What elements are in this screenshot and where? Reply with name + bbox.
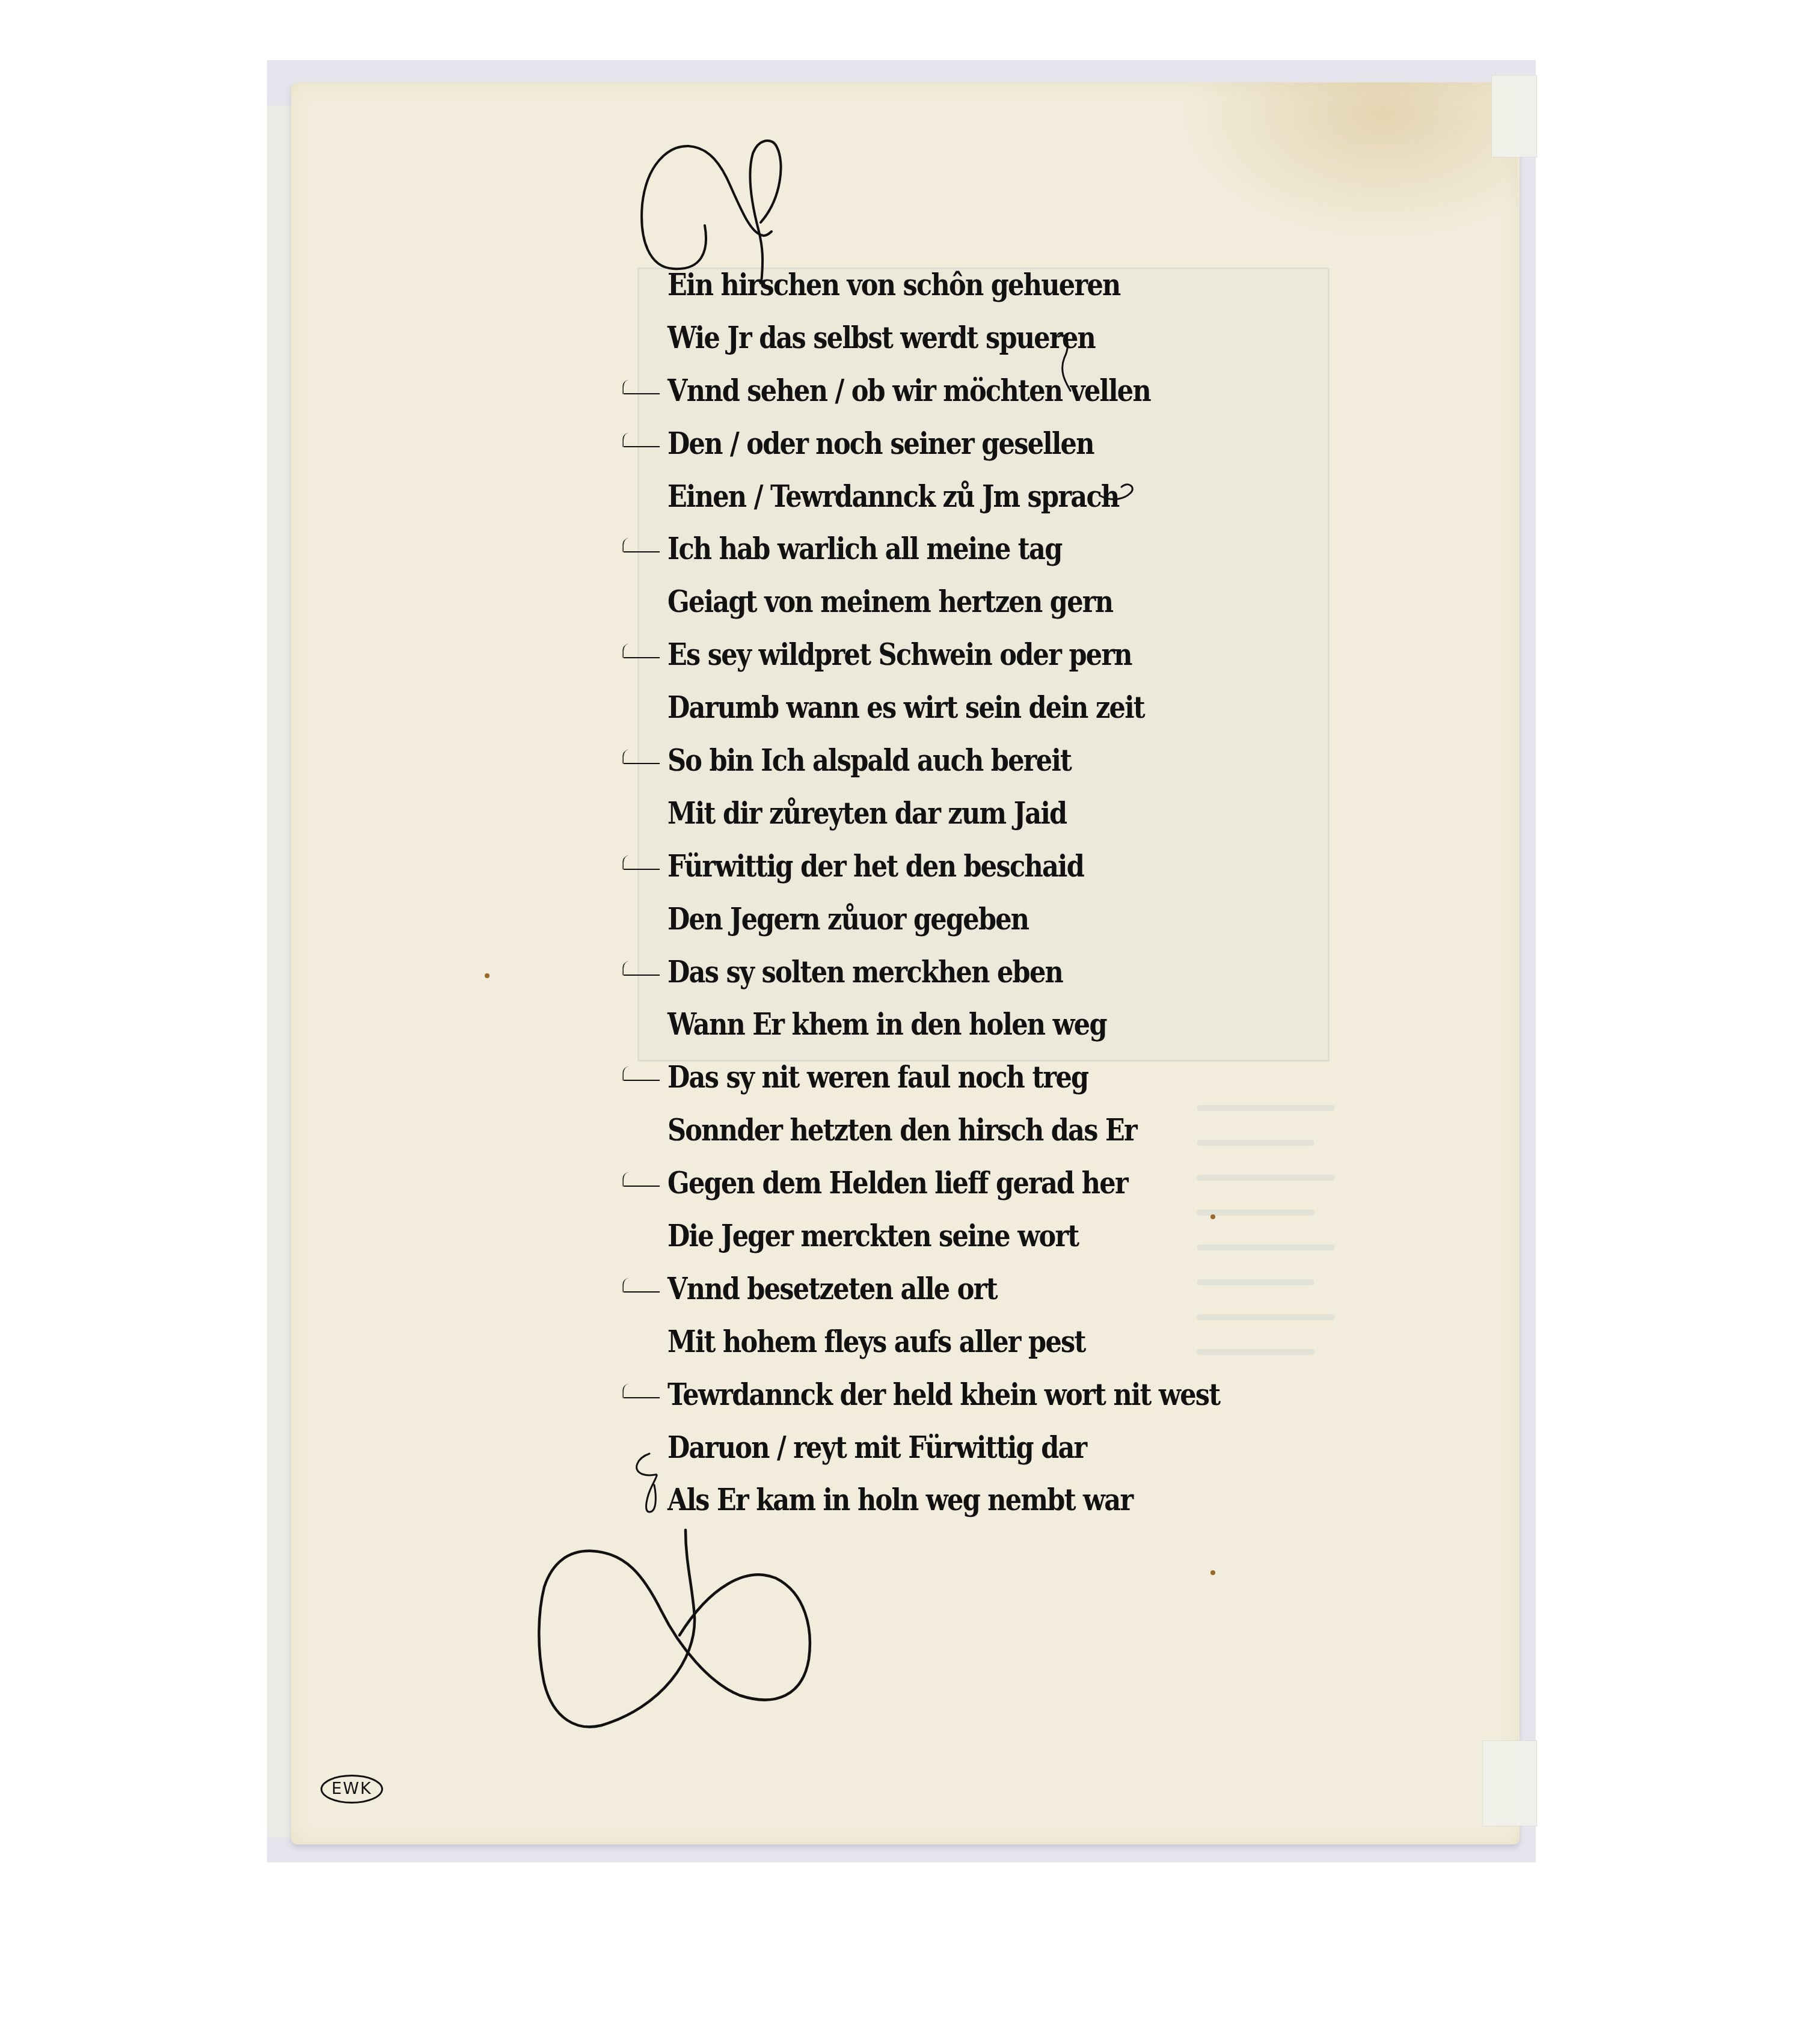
paper-speck [1210,1214,1215,1219]
hinge-tape-top [1491,75,1537,158]
verse-line: Fürwittig der het den beschaid [667,840,1133,893]
show-through-line [1197,1349,1315,1355]
verse-block: Ein hirschen von schôn gehueren Wie Jr d… [667,259,1209,1526]
line-guide-mark [624,975,660,976]
line-guide-mark [624,1291,660,1293]
show-through-text [1197,1076,1335,1533]
verse-line: Das sy solten merckhen eben [667,946,1133,999]
line-guide-mark [624,393,660,394]
verse-line: Vnnd besetzeten alle ort [667,1262,1133,1315]
verse-line: Als Er kam in holn weg nembt war [667,1473,1133,1526]
verse-line: Es sey wildpret Schwein oder pern [667,628,1133,681]
show-through-line [1197,1314,1335,1320]
verse-line: Wie Jr das selbst werdt spueren [667,311,1133,364]
paper-speck [1210,1570,1215,1575]
foxing-stain [1181,82,1518,239]
line-guide-mark [624,1397,660,1398]
verse-line: Das sy nit weren faul noch treg [667,1051,1133,1104]
verse-line: Mit dir zůreyten dar zum Jaid [667,787,1133,840]
verse-line: So bin Ich alspald auch bereit [667,734,1133,787]
line-guide-mark [624,763,660,764]
verse-line: Ein hirschen von schôn gehueren [667,259,1133,311]
show-through-line [1197,1244,1335,1250]
show-through-line [1197,1279,1315,1285]
verse-line: Mit hohem fleys aufs aller pest [667,1315,1133,1368]
paper-speck [485,973,489,978]
verse-line: Daruon / reyt mit Fürwittig dar [667,1421,1133,1474]
verse-line: Einen / Tewrdannck zů Jm sprach [667,470,1133,523]
verse-line: Gegen dem Helden lieff gerad her [667,1157,1133,1210]
verse-line: Sonnder hetzten den hirsch das Er [667,1104,1133,1157]
line-guide-mark [624,657,660,658]
show-through-line [1197,1105,1335,1111]
verse-line: Die Jeger merckten seine wort [667,1210,1133,1262]
show-through-line [1197,1140,1315,1146]
line-guide-mark [624,446,660,447]
show-through-line [1197,1175,1335,1181]
line-guide-mark [624,869,660,870]
verse-line: Wann Er khem in den holen weg [667,998,1133,1051]
line-guide-mark [624,1080,660,1081]
line-guide-mark [624,1186,660,1187]
line-guide-mark [624,551,660,552]
verse-line: Den Jegern zůuor gegeben [667,893,1133,946]
verse-line: Darumb wann es wirt sein dein zeit [667,681,1133,734]
verse-line: Ich hab warlich all meine tag [667,522,1133,575]
verse-line: Vnnd sehen / ob wir möchten vellen [667,364,1133,417]
verse-line: Den / oder noch seiner gesellen [667,417,1133,470]
hinge-tape-bottom [1482,1740,1537,1826]
verse-line: Tewrdannck der held khein wort nit west [667,1368,1133,1421]
collector-stamp: EWK [321,1775,383,1804]
hinge-strip [267,105,292,1837]
verse-line: Geiagt von meinem hertzen gern [667,575,1133,628]
